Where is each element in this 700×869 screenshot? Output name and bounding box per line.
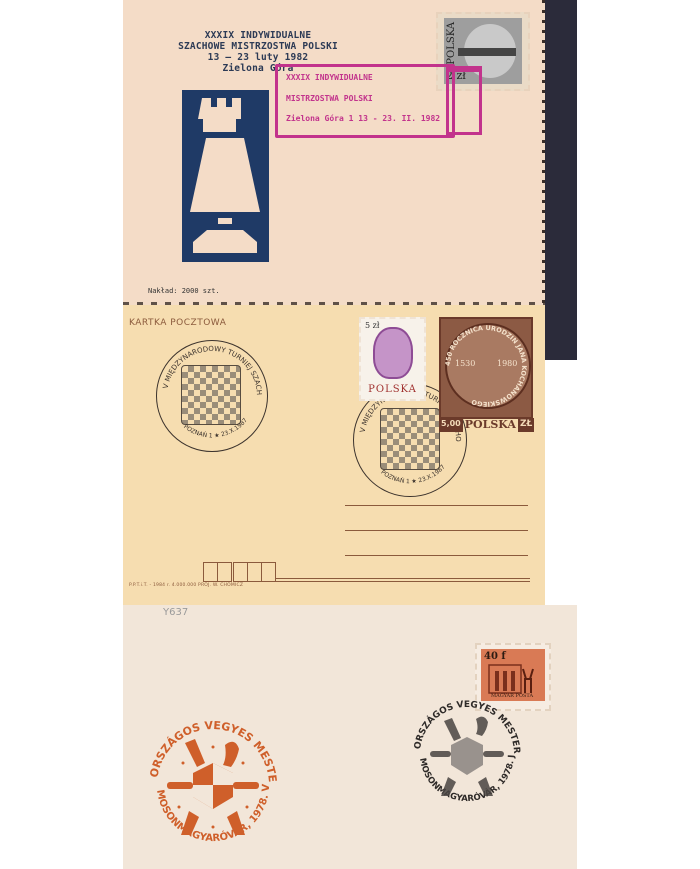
cachet-line: Zielona Góra 1 13 - 23. II. 1982 <box>286 114 440 123</box>
imprinted-stamp-kochanowski: 450 ROCZNICA URODZIN JANA KOCHANOWSKIEGO… <box>439 317 533 419</box>
imprinted-stamp-value-bar: 5,00 POLSKA ZŁ <box>439 418 533 432</box>
cover-zielona-gora-1982: XXXIX INDYWIDUALNE SZACHOWE MISTRZOSTWA … <box>123 0 545 305</box>
pencil-note: Y637 <box>163 607 188 618</box>
address-line <box>345 555 528 556</box>
stamp-country: POLSKA <box>463 418 518 432</box>
svg-text:V MIĘDZYNARODOWY TURNIEJ SZACH: V MIĘDZYNARODOWY TURNIEJ SZACHOWY <box>157 341 263 395</box>
address-line <box>276 578 530 579</box>
title-line: SZACHOWE MISTRZOSTWA POLSKI <box>163 41 353 52</box>
postal-code-box <box>217 562 232 582</box>
orange-event-cachet: ORSZÁGOS VEGYES MESTERVERSENY MOSONMAGYA… <box>143 715 283 855</box>
printer-imprint: P.P.T.i.T. - 1984 r. 4.000.000 PROJ. W. … <box>129 583 243 588</box>
postcard-poznan-1987: KARTKA POCZTOWA V MIĘDZYNARODOWY TURNIEJ… <box>123 305 545 605</box>
postmark-left: V MIĘDZYNARODOWY TURNIEJ SZACHOWY POZNAŃ… <box>156 340 268 452</box>
postmark-ring: V MIĘDZYNARODOWY TURNIEJ SZACHOWY POZNAŃ… <box>157 341 267 451</box>
postal-code-box <box>203 562 218 582</box>
head-sculpture-icon <box>373 327 413 379</box>
stamp-value: 5,00 <box>439 418 463 432</box>
postal-code-box <box>233 562 248 582</box>
address-line <box>276 581 530 582</box>
ship-icon <box>458 48 516 56</box>
stamp-value: 5 zł <box>365 321 379 330</box>
perforated-edge <box>542 0 545 305</box>
cachet-line: MISTRZOSTWA POLSKI <box>286 94 373 103</box>
address-line <box>345 530 528 531</box>
cover-mosonmagyarovar-1978: Y637 40 f MAGYAR POSTA ORSZÁGOS VEGYES M… <box>123 605 577 869</box>
stamp-country: POLSKA <box>446 22 457 65</box>
postal-code-box <box>247 562 262 582</box>
title-line: 13 – 23 luty 1982 <box>163 52 353 63</box>
rook-emblem <box>182 90 269 262</box>
stamp-value: 40 f <box>484 651 506 662</box>
svg-text:POZNAŃ 1 ★ 23.X.1987: POZNAŃ 1 ★ 23.X.1987 <box>182 417 249 440</box>
title-line: XXXIX INDYWIDUALNE <box>163 30 353 41</box>
rook-icon <box>182 90 269 262</box>
dark-background-strip <box>545 0 577 360</box>
stamp-currency: ZŁ <box>518 418 534 432</box>
cachet-line: XXXIX INDYWIDUALNE <box>286 73 373 82</box>
stamp-country: POLSKA <box>361 384 424 395</box>
postal-code-box <box>261 562 276 582</box>
print-run: Nakład: 2000 szt. <box>148 287 220 295</box>
svg-text:POZNAŃ 1 ★ 23.X.1987: POZNAŃ 1 ★ 23.X.1987 <box>379 463 446 485</box>
address-line <box>345 505 528 506</box>
stamp-polska-5zl: 5 zł POLSKA <box>359 317 426 401</box>
event-cachet: XXXIX INDYWIDUALNE MISTRZOSTWA POLSKI Zi… <box>275 64 455 138</box>
postcard-header: KARTKA POCZTOWA <box>129 318 226 328</box>
cachet-rook-icon <box>446 66 482 135</box>
imprinted-stamp-ring: 450 ROCZNICA URODZIN JANA KOCHANOWSKIEGO <box>441 319 531 417</box>
black-postmark: ORSZÁGOS VEGYES MESTERVERSENY MOSONMAGYA… <box>408 695 526 813</box>
year-start: 1530 <box>455 359 475 368</box>
chess-emblem: ORSZÁGOS VEGYES MESTERVERSENY MOSONMAGYA… <box>143 715 283 855</box>
year-end: 1980 <box>497 359 517 368</box>
chess-postmark: ORSZÁGOS VEGYES MESTERVERSENY MOSONMAGYA… <box>408 695 526 813</box>
